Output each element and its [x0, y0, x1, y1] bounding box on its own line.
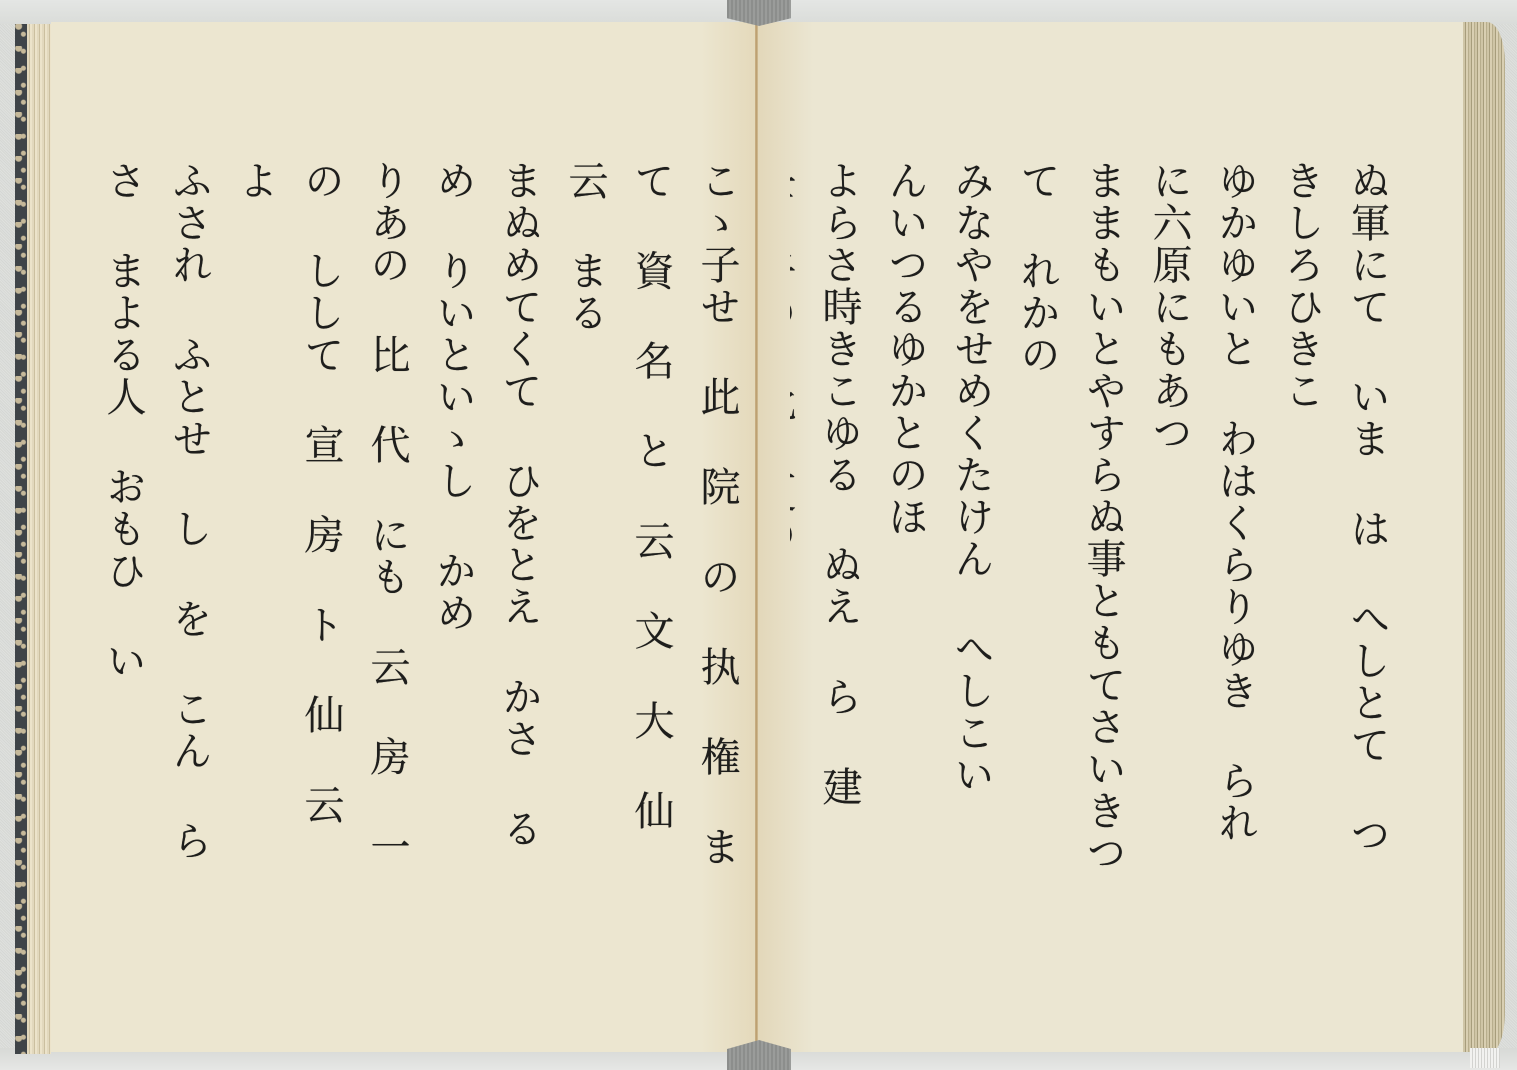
left-page-stack: [27, 24, 51, 1054]
left-page-text: こゝ子せ 此 院 の 执 権 まて 資 名 と 云 文 大 仙 云 まる まぬめ…: [80, 160, 750, 880]
text-column: ふされ ふとせ し を こん らさ まよる人 おもひ い: [90, 160, 222, 880]
text-column: まぬめてくて ひをとえ かさ るめ りいといゝし かめ: [420, 160, 552, 880]
text-column: ぬ軍にて いま は へしとて つきしろひきこ: [1268, 160, 1400, 880]
text-column: ゆかゆいと わはくらりゆき られに六原にもあつ: [1136, 160, 1268, 880]
text-column: りあの 比 代 にも 云 房 一 の しして 宣 房 ト 仙 云 よ: [222, 160, 420, 880]
text-column: ままもいとやすらぬ事ともてさいきつて れかの: [1004, 160, 1136, 880]
book-gutter: [755, 22, 758, 1052]
photo-backdrop: ぬ軍にて いま は へしとて つきしろひきこ ゆかゆいと わはくらりゆき られに…: [0, 0, 1517, 1070]
text-column: こゝ子せ 此 院 の 执 権 まて 資 名 と 云 文 大 仙 云 まる: [552, 160, 750, 880]
right-page-text: ぬ軍にて いま は へしとて つきしろひきこ ゆかゆいと わはくらりゆき られに…: [790, 160, 1400, 880]
right-page-stack-bottom: [1470, 1048, 1500, 1068]
text-column: よらさ時きこゆる ぬえ ら 建 壬 子の 比 夏の: [790, 160, 872, 880]
text-column: かめりし 仙 ま ん 女 比 も いまく さふ ひ 給 え ぬる: [80, 160, 90, 880]
text-column: みなやをせめくたけん へしこい んいつるゆかとのほ: [872, 160, 1004, 880]
right-page-stack: [1463, 22, 1505, 1052]
